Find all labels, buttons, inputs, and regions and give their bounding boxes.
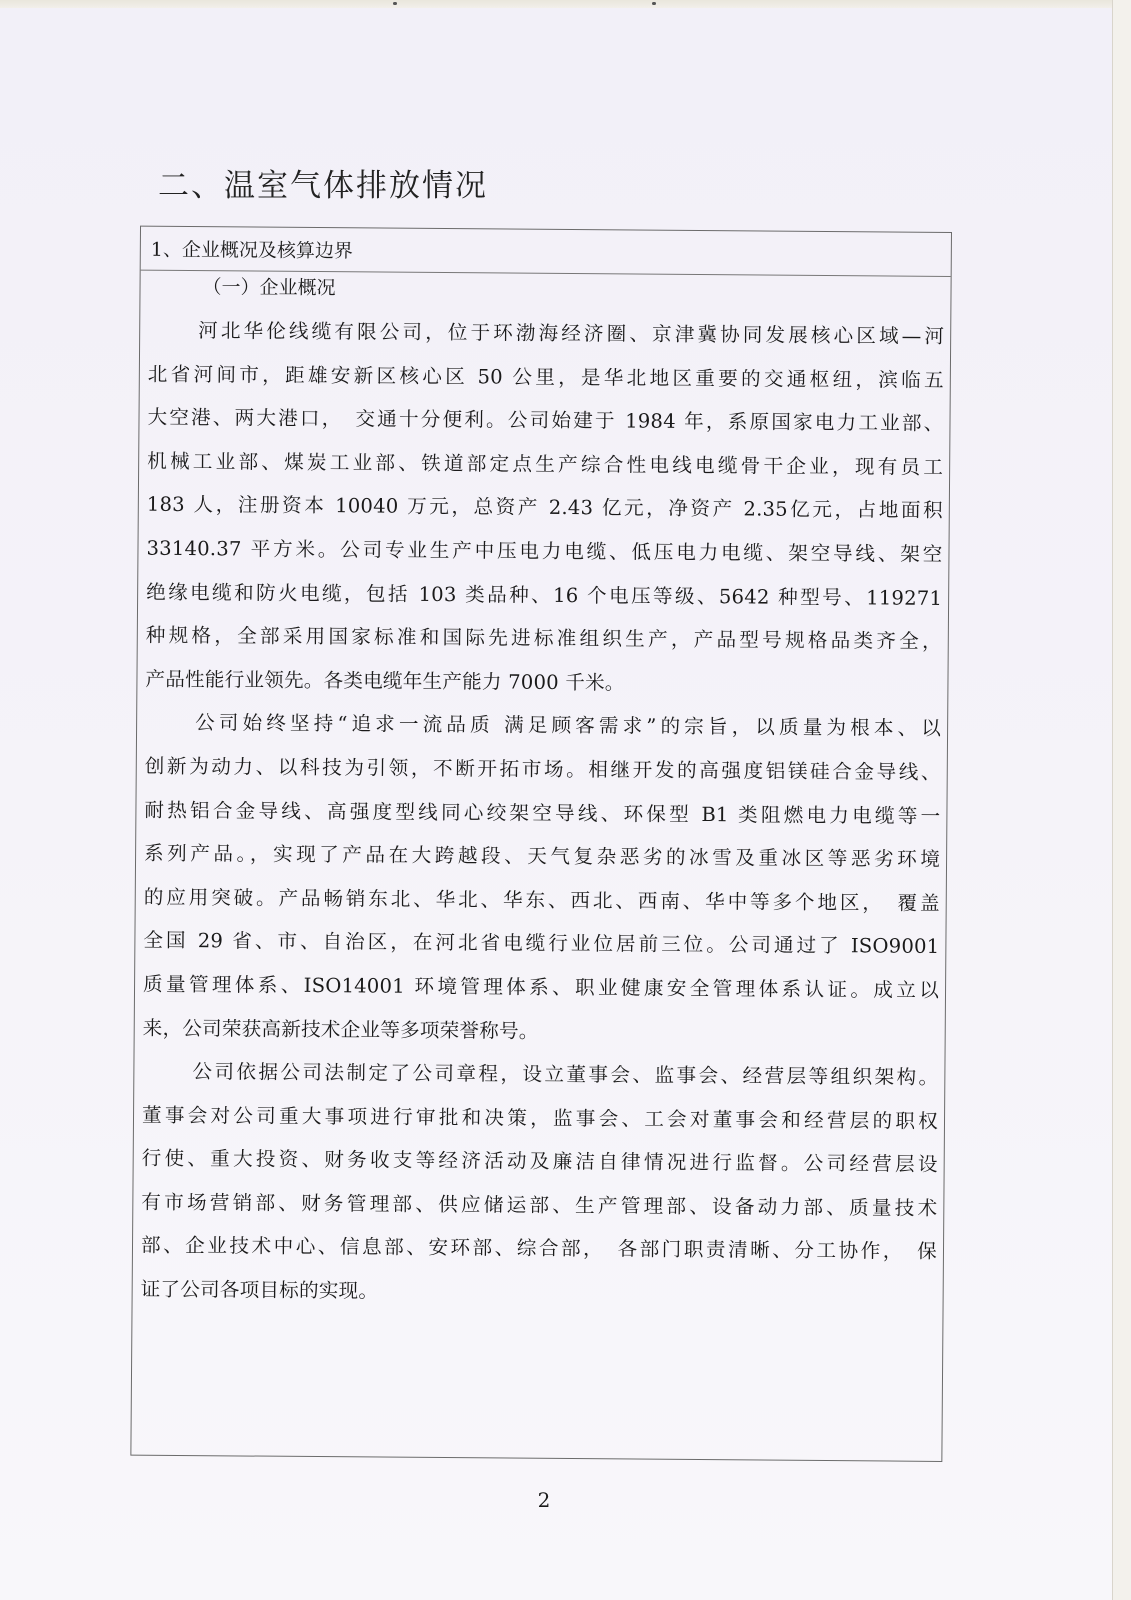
table-header-row: 1、企业概况及核算边界 (141, 227, 951, 277)
table-body-cell: （一）企业概况 河北华伦线缆有限公司，位于环渤海经济圈、京津冀协同发展核心区域—… (132, 271, 950, 1318)
scan-top-edge (0, 0, 1131, 8)
text-line: 机械工业部、煤炭工业部、铁道部定点生产综合性电线电缆骨干企业，现有员工 (147, 439, 943, 489)
paragraph-company-overview: 河北华伦线缆有限公司，位于环渤海经济圈、京津冀协同发展核心区域—河 北省河间市，… (145, 303, 944, 708)
section-heading: 二、温室气体排放情况 (158, 160, 488, 205)
sub-heading: （一）企业概况 (148, 271, 944, 309)
text-line: 行使、重大投资、财务收支等经济活动及廉洁自律情况进行监督。公司经营层设 (142, 1137, 938, 1187)
text-line: 质量管理体系、ISO14001 环境管理体系、职业健康安全管理体系认证。成立以 (143, 963, 939, 1013)
paragraph-organization: 公司依据公司法制定了公司章程，设立董事会、监事会、经营层等组织架构。 董事会对公… (140, 1050, 938, 1318)
text-line: 183 人，注册资本 10040 万元，总资产 2.43 亿元，净资产 2.35… (147, 483, 943, 533)
text-line: 产品性能行业领先。各类电缆年生产能力 7000 千米。 (145, 657, 941, 707)
text-line: 全国 29 省、市、自治区，在河北省电缆行业位居前三位。公司通过了 ISO900… (143, 919, 939, 969)
text-line: 有市场营销部、财务管理部、供应储运部、生产管理部、设备动力部、质量技术 (141, 1181, 937, 1231)
text-line: 的应用突破。产品畅销东北、华北、华东、西北、西南、华中等多个地区， 覆盖 (144, 875, 940, 925)
text-line: 创新为动力、以科技为引领，不断开拓市场。相继开发的高强度铝镁硅合金导线、 (145, 745, 941, 795)
text-line: 部、企业技术中心、信息部、安环部、综合部， 各部门职责清晰、分工协作， 保 (141, 1224, 937, 1274)
text-line: 证了公司各项目标的实现。 (140, 1268, 936, 1318)
text-line: 北省河间市，距雄安新区核心区 50 公里，是华北地区重要的交通枢纽，滨临五 (148, 352, 944, 402)
text-line: 公司始终坚持“追求一流品质 满足顾客需求”的宗旨，以质量为根本、以 (145, 701, 941, 751)
scan-right-edge (1112, 0, 1131, 1600)
text-line: 大空港、两大港口， 交通十分便利。公司始建于 1984 年，系原国家电力工业部、 (147, 396, 943, 446)
text-line: 公司依据公司法制定了公司章程，设立董事会、监事会、经营层等组织架构。 (142, 1050, 938, 1100)
binding-hole-mark (393, 2, 397, 5)
text-line: 系列产品。，实现了产品在大跨越段、天气复杂恶劣的冰雪及重冰区等恶劣环境 (144, 832, 940, 882)
content-table: 1、企业概况及核算边界 （一）企业概况 河北华伦线缆有限公司，位于环渤海经济圈、… (130, 226, 952, 1462)
text-line: 绝缘电缆和防火电缆，包括 103 类品种、16 个电压等级、5642 种型号、1… (146, 570, 942, 620)
text-line: 河北华伦线缆有限公司，位于环渤海经济圈、京津冀协同发展核心区域—河 (148, 309, 944, 359)
text-line: 董事会对公司重大事项进行审批和决策，监事会、工会对董事会和经营层的职权 (142, 1093, 938, 1143)
binding-hole-mark (652, 2, 656, 5)
paragraph-mission-products: 公司始终坚持“追求一流品质 满足顾客需求”的宗旨，以质量为根本、以 创新为动力、… (143, 701, 942, 1056)
page-number: 2 (534, 1488, 554, 1512)
text-line: 来，公司荣获高新技术企业等多项荣誉称号。 (143, 1006, 939, 1056)
text-line: 耐热铝合金导线、高强度型线同心绞架空导线、环保型 B1 类阻燃电力电缆等一 (144, 788, 940, 838)
text-line: 种规格，全部采用国家标准和国际先进标准组织生产，产品型号规格品类齐全， (146, 614, 942, 664)
table-header-title: 1、企业概况及核算边界 (151, 235, 353, 264)
text-line: 33140.37 平方米。公司专业生产中压电力电缆、低压电力电缆、架空导线、架空 (146, 527, 942, 577)
